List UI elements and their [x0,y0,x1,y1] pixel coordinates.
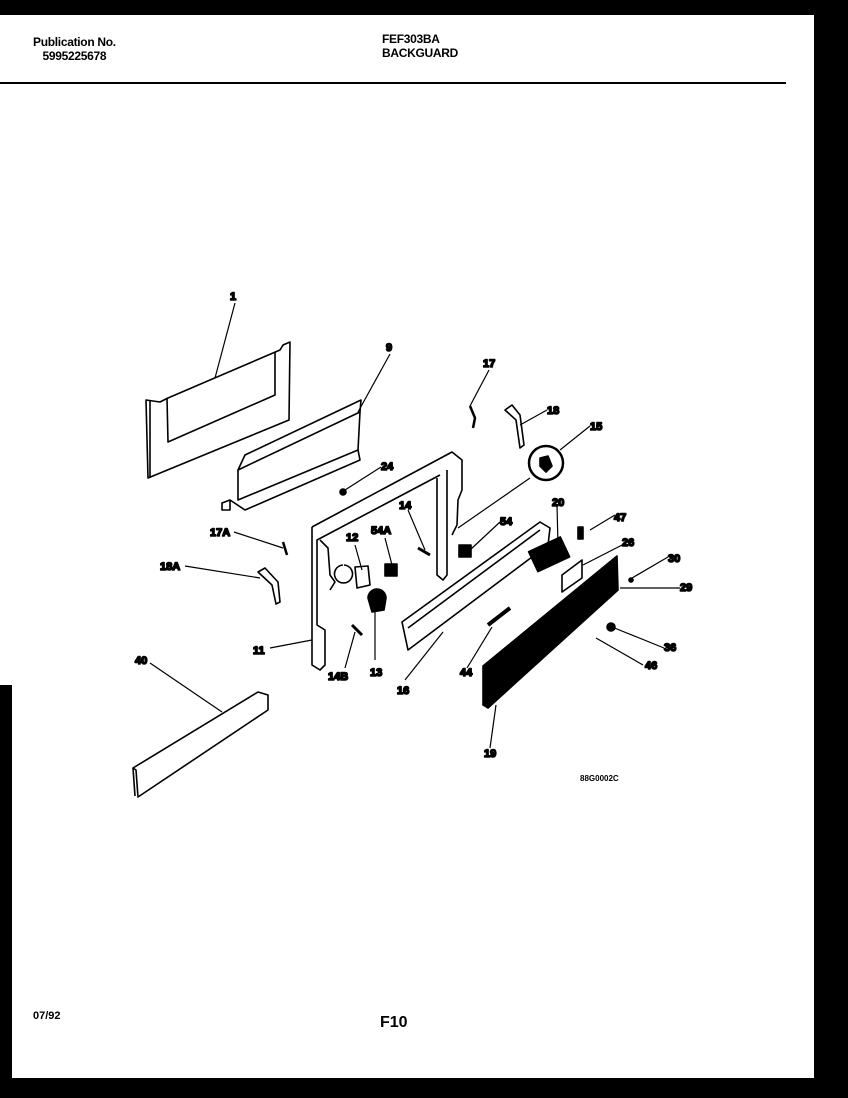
part-12-switch [335,565,371,588]
callout-54: 54 [500,516,513,528]
callout-9: 9 [386,342,392,354]
callout-17A: 17A [210,527,230,539]
callout-15: 15 [590,421,602,433]
part-36-knob [607,623,615,631]
part-15-clip [540,456,552,472]
callout-40: 40 [135,655,147,667]
callout-46: 46 [645,660,657,672]
callout-30: 30 [668,553,680,565]
callout-labels: 1 9 17 18 15 24 17A 14 54A 54 20 47 12 2… [135,291,692,760]
callout-18: 18 [547,405,559,417]
callout-11: 11 [253,645,265,657]
part-13-switch [368,589,386,612]
drawing-code: 88G0002C [580,774,619,783]
part-1-panel [146,342,290,478]
part-20-block [529,537,570,572]
part-18A-bracket [258,568,280,604]
callout-29: 29 [680,582,692,594]
part-17A-clip [283,542,287,555]
part-44-lens [488,608,510,625]
callout-47: 47 [614,512,626,524]
part-47-part [578,527,583,539]
part-40-trim [133,692,268,797]
callout-44: 44 [460,667,473,679]
callout-36: 36 [664,642,676,654]
part-17-clip [470,406,475,428]
leader-lines [150,303,680,748]
callout-1: 1 [230,291,236,303]
callout-12: 12 [346,532,358,544]
callout-13: 13 [370,667,382,679]
callout-26: 26 [622,537,634,549]
callout-16: 16 [397,685,409,697]
part-54-part [459,545,471,557]
callout-14: 14 [399,500,412,512]
callout-14B: 14B [328,671,348,683]
part-54A-part [385,564,397,576]
footer-page-number: F10 [380,1014,408,1032]
callout-20: 20 [552,497,564,509]
exploded-parts-diagram: 1 9 17 18 15 24 17A 14 54A 54 20 47 12 2… [0,0,848,1098]
callout-19: 19 [484,748,496,760]
callout-24: 24 [381,461,394,473]
part-30-screw [629,578,633,582]
footer-date: 07/92 [33,1010,61,1022]
part-18-bracket [505,405,524,448]
callout-54A: 54A [371,525,391,537]
part-14B-screw [352,625,362,635]
callout-17: 17 [483,358,495,370]
callout-18A: 18A [160,561,180,573]
